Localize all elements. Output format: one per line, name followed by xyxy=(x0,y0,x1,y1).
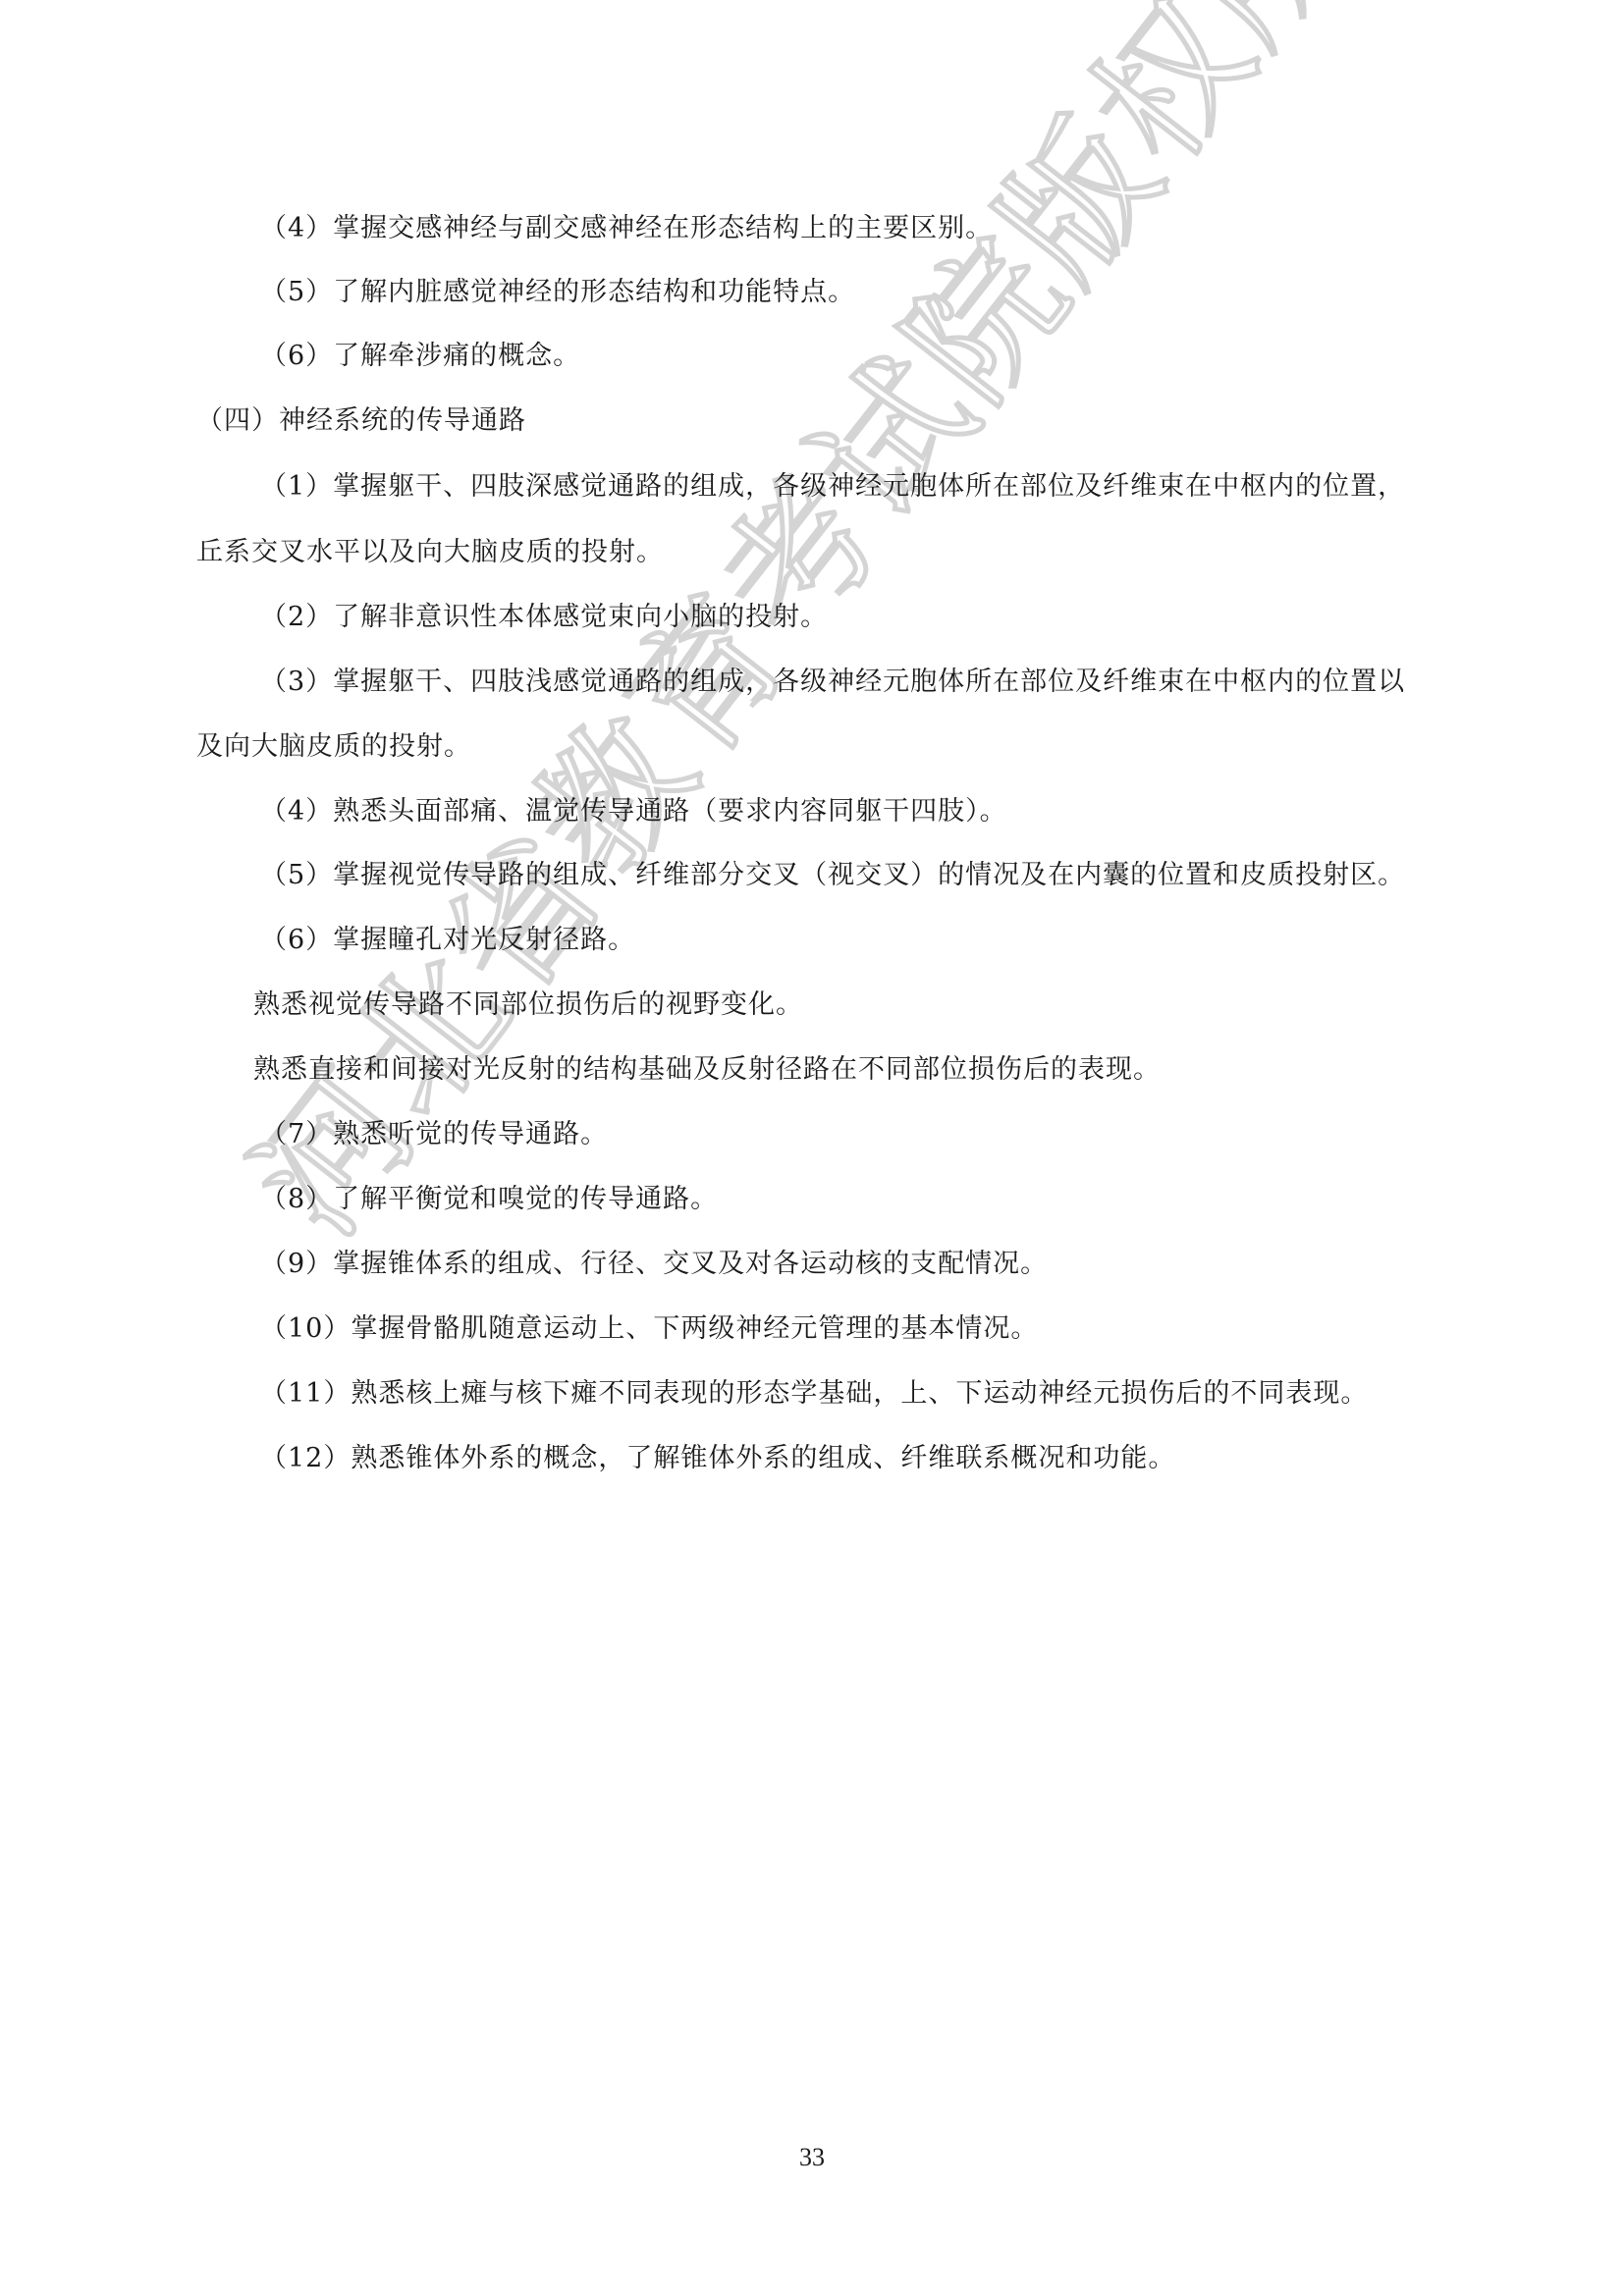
text-line: （3）掌握躯干、四肢浅感觉通路的组成，各级神经元胞体所在部位及纤维束在中枢内的位… xyxy=(260,665,1405,700)
text-line: （6）掌握瞳孔对光反射径路。 xyxy=(260,923,635,958)
document-page: 河北省教育考试院版权所有 （4）掌握交感神经与副交感神经在形态结构上的主要区别。… xyxy=(0,0,1624,2296)
text-line: （4）掌握交感神经与副交感神经在形态结构上的主要区别。 xyxy=(260,211,993,246)
text-line: 丘系交叉水平以及向大脑皮质的投射。 xyxy=(196,535,664,570)
text-line: （4）熟悉头面部痛、温觉传导通路（要求内容同躯干四肢）。 xyxy=(260,794,1007,829)
text-line: （7）熟悉听觉的传导通路。 xyxy=(260,1117,608,1152)
text-line: （12）熟悉锥体外系的概念，了解锥体外系的组成、纤维联系概况和功能。 xyxy=(260,1441,1175,1476)
section-heading: （四）神经系统的传导通路 xyxy=(196,403,526,439)
text-line: （6）了解牵涉痛的概念。 xyxy=(260,339,580,374)
text-line: （8）了解平衡觉和嗅觉的传导通路。 xyxy=(260,1182,718,1217)
text-line: 熟悉直接和间接对光反射的结构基础及反射径路在不同部位损伤后的表现。 xyxy=(253,1052,1161,1088)
text-line: （5）了解内脏感觉神经的形态结构和功能特点。 xyxy=(260,275,855,310)
text-line: （9）掌握锥体系的组成、行径、交叉及对各运动核的支配情况。 xyxy=(260,1247,1048,1282)
text-line: （10）掌握骨骼肌随意运动上、下两级神经元管理的基本情况。 xyxy=(260,1311,1038,1347)
text-line: （5）掌握视觉传导路的组成、纤维部分交叉（视交叉）的情况及在内囊的位置和皮质投射… xyxy=(260,858,1405,893)
text-line: 熟悉视觉传导路不同部位损伤后的视野变化。 xyxy=(253,988,803,1023)
text-line: （11）熟悉核上瘫与核下瘫不同表现的形态学基础，上、下运动神经元损伤后的不同表现… xyxy=(260,1376,1368,1412)
text-line: （1）掌握躯干、四肢深感觉通路的组成，各级神经元胞体所在部位及纤维束在中枢内的位… xyxy=(260,469,1405,505)
page-number: 33 xyxy=(0,2143,1624,2172)
text-line: 及向大脑皮质的投射。 xyxy=(196,729,471,765)
text-line: （2）了解非意识性本体感觉束向小脑的投射。 xyxy=(260,600,828,635)
